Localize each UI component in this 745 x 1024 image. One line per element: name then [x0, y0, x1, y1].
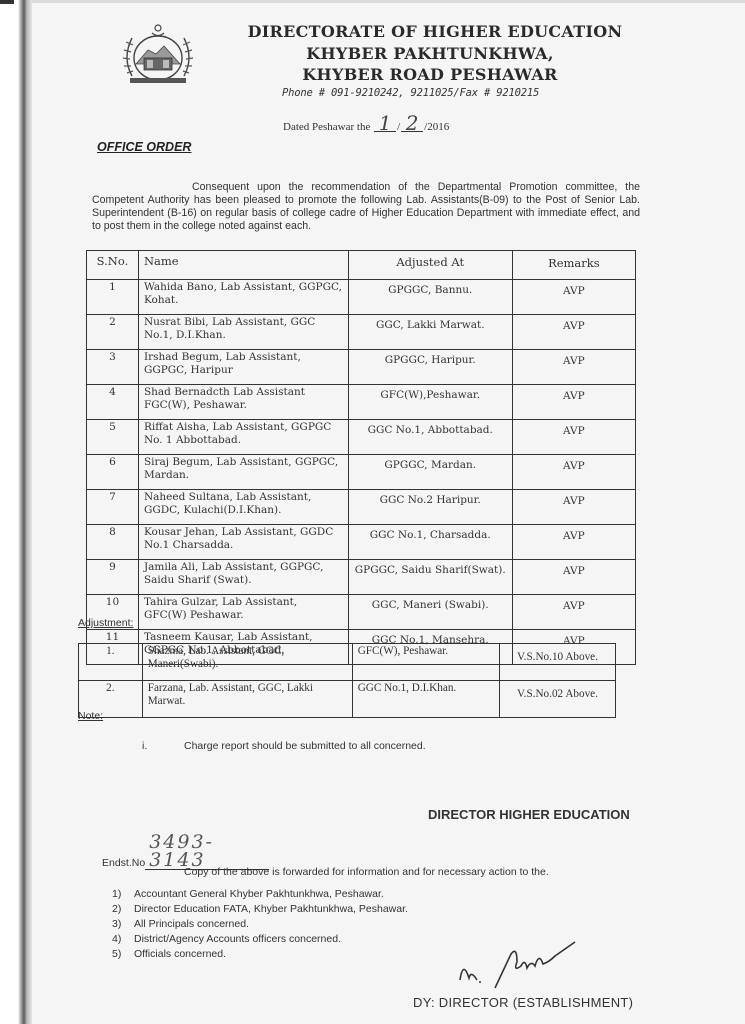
handwritten-signature-icon [455, 940, 585, 990]
header-sno: S.No. [87, 251, 139, 280]
cell-sno: 1 [87, 280, 139, 315]
cell-sno: 2 [87, 315, 139, 350]
cell-adjusted-at: GGC, Maneri (Swabi). [348, 595, 512, 630]
note-item: i.Charge report should be submitted to a… [142, 740, 426, 752]
cell-remarks: AVP [512, 350, 635, 385]
cell-sno: 7 [87, 490, 139, 525]
deputy-signatory-title: DY: DIRECTOR (ESTABLISHMENT) [413, 995, 633, 1010]
body-paragraph: Consequent upon the recommendation of th… [92, 181, 640, 233]
copy-to-item-number: 2) [112, 902, 134, 917]
endorsement-line: Endst.No3493-3143 [102, 833, 269, 870]
cell-adjusted-at: GPGGC, Bannu. [348, 280, 512, 315]
header-name: Name [138, 251, 348, 280]
cell-sno: 9 [87, 560, 139, 595]
cell-adjusted-at: GPGGC, Saidu Sharif(Swat). [348, 560, 512, 595]
cell-adjusted-at: GPGGC, Haripur. [348, 350, 512, 385]
scan-corner [0, 0, 14, 4]
cell-name: Tahira Gulzar, Lab Assistant, GFC(W) Pes… [138, 595, 348, 630]
cell-name: Shazma, Lab. Assistant, GGC, Maneri(Swab… [142, 644, 352, 681]
cell-name: Jamila Ali, Lab Assistant, GGPGC, Saidu … [138, 560, 348, 595]
cell-sno: 6 [87, 455, 139, 490]
cell-sno: 4 [87, 385, 139, 420]
cell-sno: 3 [87, 350, 139, 385]
copy-to-item: 3)All Principals concerned. [112, 917, 408, 932]
copy-to-item-text: Accountant General Khyber Pakhtunkhwa, P… [134, 888, 384, 900]
date-day-handwritten: 1 [374, 115, 396, 132]
cell-remarks: AVP [512, 315, 635, 350]
cell-adjusted-at: GFC(W),Peshawar. [348, 385, 512, 420]
cell-name: Siraj Begum, Lab Assistant, GGPGC, Marda… [138, 455, 348, 490]
cell-remarks: AVP [512, 385, 635, 420]
table-row: 7Naheed Sultana, Lab Assistant, GGDC, Ku… [87, 490, 636, 525]
copy-to-item-text: All Principals concerned. [134, 918, 249, 930]
cell-remarks: AVP [512, 560, 635, 595]
letterhead-line-2: KHYBER PAKHTUNKHWA, [270, 44, 590, 63]
adjustment-row: 2.Farzana, Lab. Assistant, GGC, Lakki Ma… [79, 681, 616, 718]
promotion-table: S.No. Name Adjusted At Remarks 1Wahida B… [86, 250, 636, 665]
cell-name: Riffat Aisha, Lab Assistant, GGPGC No. 1… [138, 420, 348, 455]
date-month-handwritten: 2 [401, 115, 423, 132]
cell-adjusted-at: GGC No.1, Charsadda. [348, 525, 512, 560]
table-row: 4Shad Bernadcth Lab Assistant FGC(W), Pe… [87, 385, 636, 420]
cell-sno: 1. [79, 644, 143, 681]
scan-left-edge [0, 0, 32, 1024]
letterhead-line-1: DIRECTORATE OF HIGHER EDUCATION [230, 22, 640, 41]
adjustment-label: Adjustment: [78, 617, 133, 629]
adjustment-table: 1.Shazma, Lab. Assistant, GGC, Maneri(Sw… [78, 643, 616, 718]
cell-name: Kousar Jehan, Lab Assistant, GGDC No.1 C… [138, 525, 348, 560]
contact-phone-fax: Phone # 091-9210242, 9211025/Fax # 92102… [282, 87, 539, 99]
copy-to-item-number: 4) [112, 932, 134, 947]
cell-adjusted-at: GPGGC, Mardan. [348, 455, 512, 490]
copy-to-item: 2)Director Education FATA, Khyber Pakhtu… [112, 902, 408, 917]
copy-to-item: 4)District/Agency Accounts officers conc… [112, 932, 408, 947]
cell-sno: 5 [87, 420, 139, 455]
date-year: /2016 [424, 121, 449, 133]
table-row: 9Jamila Ali, Lab Assistant, GGPGC, Saidu… [87, 560, 636, 595]
cell-name: Wahida Bano, Lab Assistant, GGPGC, Kohat… [138, 280, 348, 315]
cell-name: Shad Bernadcth Lab Assistant FGC(W), Pes… [138, 385, 348, 420]
note-item-number: i. [142, 740, 184, 752]
endorsement-number-handwritten: 3493-3143 [145, 833, 269, 870]
government-emblem-icon [118, 20, 198, 90]
cell-remarks: AVP [512, 525, 635, 560]
document-title: OFFICE ORDER [97, 140, 191, 154]
adjustment-row: 1.Shazma, Lab. Assistant, GGC, Maneri(Sw… [79, 644, 616, 681]
copy-to-item-text: Director Education FATA, Khyber Pakhtunk… [134, 903, 408, 915]
table-row: 3Irshad Begum, Lab Assistant, GGPGC, Har… [87, 350, 636, 385]
cell-remarks: AVP [512, 280, 635, 315]
cell-remarks: V.S.No.02 Above. [500, 681, 616, 718]
cell-remarks: V.S.No.10 Above. [500, 644, 616, 681]
date-prefix: Dated Peshawar the [283, 121, 370, 133]
copy-to-item-number: 1) [112, 887, 134, 902]
copy-forward-text: Copy of the above is forwarded for infor… [184, 866, 549, 878]
cell-name: Irshad Begum, Lab Assistant, GGPGC, Hari… [138, 350, 348, 385]
cell-adjusted-at: GGC, Lakki Marwat. [348, 315, 512, 350]
cell-remarks: AVP [512, 455, 635, 490]
copy-to-list: 1)Accountant General Khyber Pakhtunkhwa,… [112, 887, 408, 962]
table-row: 5Riffat Aisha, Lab Assistant, GGPGC No. … [87, 420, 636, 455]
cell-adjusted-at: GGC No.1, D.I.Khan. [352, 681, 499, 718]
endorsement-prefix: Endst.No [102, 857, 145, 869]
cell-adjusted-at: GGC No.1, Abbottabad. [348, 420, 512, 455]
cell-adjusted-at: GGC No.2 Haripur. [348, 490, 512, 525]
copy-to-item-text: Officials concerned. [134, 948, 226, 960]
date-line: Dated Peshawar the 1/2/2016 [283, 115, 449, 133]
cell-name: Nusrat Bibi, Lab Assistant, GGC No.1, D.… [138, 315, 348, 350]
signatory-title: DIRECTOR HIGHER EDUCATION [428, 807, 630, 822]
cell-adjusted-at: GFC(W), Peshawar. [352, 644, 499, 681]
cell-name: Naheed Sultana, Lab Assistant, GGDC, Kul… [138, 490, 348, 525]
letterhead-line-3: KHYBER ROAD PESHAWAR [270, 65, 590, 84]
table-row: 8Kousar Jehan, Lab Assistant, GGDC No.1 … [87, 525, 636, 560]
header-remarks: Remarks [512, 251, 635, 280]
header-adjusted-at: Adjusted At [348, 251, 512, 280]
note-label: Note: [78, 710, 103, 722]
body-paragraph-text: Consequent upon the recommendation of th… [92, 181, 640, 232]
note-item-text: Charge report should be submitted to all… [184, 740, 426, 752]
cell-remarks: AVP [512, 595, 635, 630]
scan-top-edge [0, 0, 745, 3]
copy-to-item: 5)Officials concerned. [112, 947, 408, 962]
copy-to-item-number: 3) [112, 917, 134, 932]
cell-sno: 8 [87, 525, 139, 560]
table-row: 10Tahira Gulzar, Lab Assistant, GFC(W) P… [87, 595, 636, 630]
table-row: 6Siraj Begum, Lab Assistant, GGPGC, Mard… [87, 455, 636, 490]
cell-remarks: AVP [512, 420, 635, 455]
table-row: 2Nusrat Bibi, Lab Assistant, GGC No.1, D… [87, 315, 636, 350]
table-header-row: S.No. Name Adjusted At Remarks [87, 251, 636, 280]
table-row: 1Wahida Bano, Lab Assistant, GGPGC, Koha… [87, 280, 636, 315]
copy-to-item-text: District/Agency Accounts officers concer… [134, 933, 341, 945]
cell-remarks: AVP [512, 490, 635, 525]
copy-to-item-number: 5) [112, 947, 134, 962]
cell-name: Farzana, Lab. Assistant, GGC, Lakki Marw… [142, 681, 352, 718]
copy-to-item: 1)Accountant General Khyber Pakhtunkhwa,… [112, 887, 408, 902]
